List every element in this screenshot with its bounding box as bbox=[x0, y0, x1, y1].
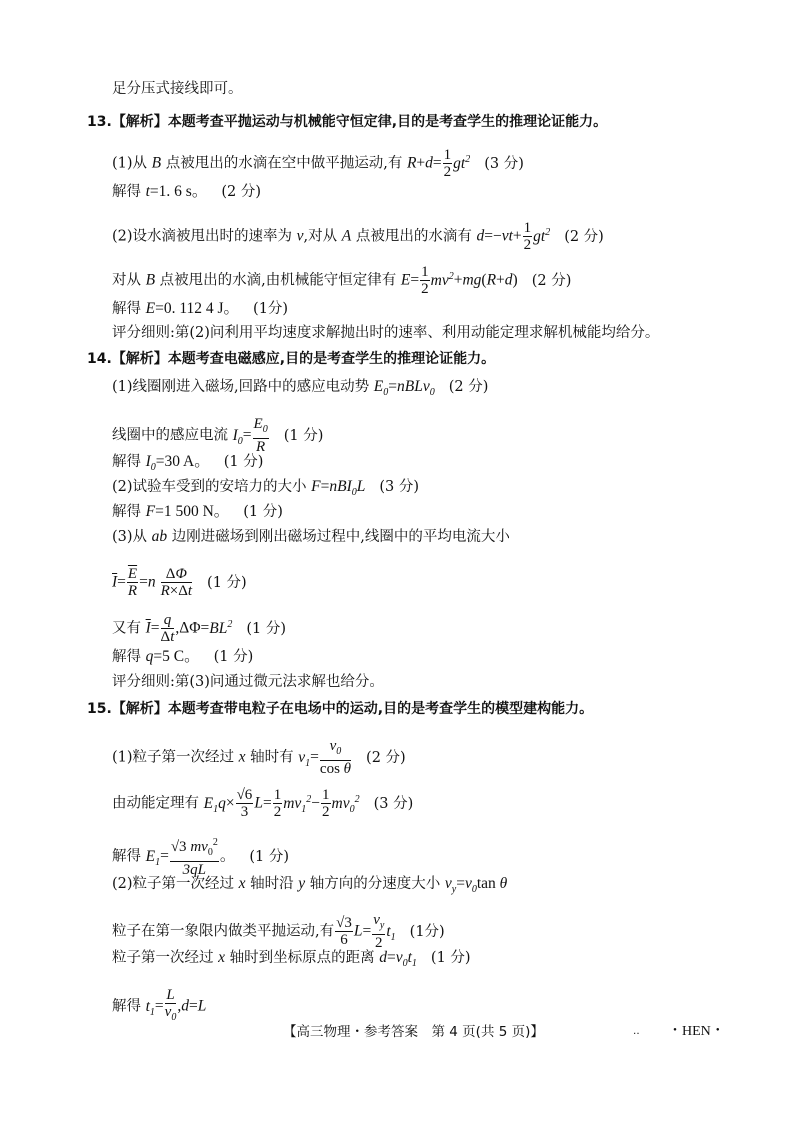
var: x bbox=[239, 875, 246, 892]
text: 评分细则:第(3)问通过微元法求解也给分。 bbox=[112, 674, 384, 690]
text: 线圈中的感应电流 bbox=[112, 428, 233, 444]
solution-line: 又有 I=qΔt,ΔΦ=BL2(1 分) bbox=[112, 612, 286, 645]
text: 足分压式接线即可。 bbox=[112, 81, 243, 97]
var: E bbox=[128, 566, 137, 582]
text: 点被甩出的水滴,由机械能守恒定律有 bbox=[155, 273, 401, 289]
op: × bbox=[226, 795, 235, 812]
fraction: ER bbox=[127, 566, 138, 599]
denominator: R×Δt bbox=[161, 583, 192, 599]
op: = bbox=[456, 875, 465, 892]
punct: 。 bbox=[220, 848, 236, 865]
var: I0 bbox=[233, 427, 243, 444]
text: 对从 bbox=[112, 273, 146, 289]
points: (2 分) bbox=[449, 379, 489, 395]
fraction: vy2 bbox=[372, 912, 385, 951]
fraction: 12 bbox=[523, 220, 533, 253]
fraction: ΔΦR×Δt bbox=[161, 566, 192, 599]
op: = bbox=[160, 848, 169, 865]
numerator: E0 bbox=[253, 416, 269, 439]
formula: R bbox=[407, 155, 416, 172]
var: F bbox=[146, 503, 155, 520]
text: 解得 bbox=[112, 301, 146, 317]
solution-line: (2)试验车受到的安培力的大小 F=nBI0L(3 分) bbox=[112, 477, 419, 503]
var: I0 bbox=[146, 453, 156, 470]
solution-line: 由动能定理有 E1q×√63L=12mv12−12mv02(3 分) bbox=[112, 787, 413, 820]
value: =0. 112 4 J。 bbox=[155, 300, 239, 317]
footer-code: ・HEN・ bbox=[668, 1020, 725, 1040]
var: d bbox=[425, 155, 433, 172]
points: (2 分) bbox=[532, 273, 572, 289]
points: (3 分) bbox=[374, 796, 414, 812]
solution-line: I=ER=nΔΦR×Δt(1 分) bbox=[112, 566, 247, 599]
denominator: 2 bbox=[443, 164, 453, 180]
solution-line: 解得 t=1. 6 s。(2 分) bbox=[112, 182, 261, 202]
fraction: 12 bbox=[273, 787, 283, 820]
var: v bbox=[297, 228, 304, 245]
points: (3 分) bbox=[379, 479, 419, 495]
heading-text: 本题考查带电粒子在电场中的运动,目的是考查学生的模型建构能力。 bbox=[168, 701, 593, 717]
text: ,对从 bbox=[304, 229, 342, 245]
numerator: L bbox=[165, 987, 177, 1004]
question-14-heading: 14.【解析】本题考查电磁感应,目的是考查学生的推理论证能力。 bbox=[87, 349, 495, 369]
op: = bbox=[243, 427, 252, 444]
fraction: √36 bbox=[335, 915, 353, 948]
op: = bbox=[139, 574, 148, 591]
var: v0 bbox=[465, 875, 477, 892]
points: (1 分) bbox=[249, 849, 289, 865]
var: x bbox=[239, 749, 246, 766]
points: (1 分) bbox=[246, 621, 286, 637]
fraction: 12 bbox=[420, 264, 430, 297]
solution-line: 解得 I0=30 A。(1 分) bbox=[112, 452, 263, 478]
denominator: cos θ bbox=[320, 761, 351, 777]
text: 点被甩出的水滴在空中做平抛运动,有 bbox=[161, 156, 407, 172]
numerator: 1 bbox=[273, 787, 283, 804]
var: BL2 bbox=[209, 620, 232, 637]
fraction: v0cos θ bbox=[320, 738, 351, 777]
solution-line: 解得 E=0. 112 4 J。(1分) bbox=[112, 299, 288, 319]
denominator: 2 bbox=[321, 804, 331, 820]
solution-line: 解得 E1=√3 mv023qL。(1 分) bbox=[112, 835, 289, 878]
op: = bbox=[388, 378, 397, 395]
text: (3)从 bbox=[112, 529, 152, 545]
text: (2)设水滴被甩出时的速率为 bbox=[112, 229, 297, 245]
op: ,ΔΦ= bbox=[175, 620, 209, 637]
text: 又有 bbox=[112, 621, 146, 637]
fraction: Lv0 bbox=[165, 987, 177, 1026]
text: 轴时有 bbox=[246, 750, 299, 766]
op: − bbox=[311, 795, 320, 812]
fraction: √63 bbox=[236, 787, 254, 820]
fraction: 12 bbox=[443, 147, 453, 180]
var: E1 bbox=[146, 848, 160, 865]
solution-line: (1)粒子第一次经过 x 轴时有 v1=v0cos θ(2 分) bbox=[112, 738, 406, 777]
var: B bbox=[152, 155, 161, 172]
analysis-tag: 【解析】 bbox=[112, 701, 168, 717]
text: 点被甩出的水滴有 bbox=[351, 229, 476, 245]
value: =30 A。 bbox=[156, 453, 210, 470]
op: + bbox=[496, 272, 505, 289]
points: (1分) bbox=[253, 301, 288, 317]
text: 轴方向的分速度大小 bbox=[305, 876, 445, 892]
op: =− bbox=[484, 228, 501, 245]
points: (1 分) bbox=[431, 950, 471, 966]
var: R bbox=[487, 272, 496, 289]
text: 粒子在第一象限内做类平抛运动,有 bbox=[112, 924, 334, 940]
var: mv2 bbox=[431, 272, 454, 289]
numerator: v0 bbox=[320, 738, 351, 761]
op: = bbox=[117, 574, 126, 591]
op: = bbox=[189, 998, 198, 1015]
var: B bbox=[146, 272, 155, 289]
fraction: 12 bbox=[321, 787, 331, 820]
var: L bbox=[198, 998, 207, 1015]
denominator: 3 bbox=[236, 804, 254, 820]
points: (2 分) bbox=[366, 750, 406, 766]
solution-line: (2)设水滴被甩出时的速率为 v,对从 A 点被甩出的水滴有 d=−vt+12g… bbox=[112, 220, 604, 253]
text-line: 足分压式接线即可。 bbox=[112, 79, 243, 99]
solution-line: 对从 B 点被甩出的水滴,由机械能守恒定律有 E=12mv2+mg(R+d)(2… bbox=[112, 264, 571, 297]
fraction: qΔt bbox=[161, 612, 175, 645]
numerator: q bbox=[161, 612, 175, 629]
analysis-tag: 【解析】 bbox=[112, 114, 168, 130]
numerator: 1 bbox=[420, 264, 430, 281]
denominator: 2 bbox=[420, 281, 430, 297]
op: + bbox=[513, 228, 522, 245]
denominator: 6 bbox=[335, 932, 353, 948]
numerator: 1 bbox=[523, 220, 533, 237]
var: vy bbox=[445, 875, 456, 892]
op: = bbox=[387, 949, 396, 966]
solution-line: 解得 F=1 500 N。(1 分) bbox=[112, 502, 283, 522]
var: d bbox=[181, 998, 189, 1015]
var: gt2 bbox=[453, 155, 470, 172]
text: 轴时到坐标原点的距离 bbox=[225, 950, 379, 966]
text: 由动能定理有 bbox=[112, 796, 204, 812]
points: (2 分) bbox=[221, 184, 261, 200]
var: F bbox=[311, 478, 320, 495]
heading-text: 本题考查平抛运动与机械能守恒定律,目的是考查学生的推理论证能力。 bbox=[168, 114, 607, 130]
analysis-tag: 【解析】 bbox=[112, 351, 168, 367]
text: (1)从 bbox=[112, 156, 152, 172]
var: vt bbox=[502, 228, 513, 245]
numerator: ΔΦ bbox=[161, 566, 192, 583]
text: (1)线圈刚进入磁场,回路中的感应电动势 bbox=[112, 379, 374, 395]
numerator: vy bbox=[372, 912, 385, 935]
points: (1分) bbox=[410, 924, 445, 940]
question-number: 14. bbox=[87, 351, 112, 367]
text: 解得 bbox=[112, 504, 146, 520]
value: =5 C。 bbox=[153, 648, 199, 665]
numerator: √3 bbox=[335, 915, 353, 932]
text: 粒子第一次经过 bbox=[112, 950, 218, 966]
var: x bbox=[218, 949, 225, 966]
points: (1 分) bbox=[207, 575, 247, 591]
op: = bbox=[310, 749, 319, 766]
var: t1 bbox=[386, 923, 395, 940]
var: v1 bbox=[298, 749, 310, 766]
solution-line: 解得 q=5 C。(1 分) bbox=[112, 647, 253, 667]
solution-line: (3)从 ab 边刚进磁场到刚出磁场过程中,线圈中的平均电流大小 bbox=[112, 527, 510, 547]
text: 解得 bbox=[112, 849, 146, 865]
text: 解得 bbox=[112, 454, 146, 470]
var: mg bbox=[462, 272, 481, 289]
numerator: √6 bbox=[236, 787, 254, 804]
points: (1 分) bbox=[284, 428, 324, 444]
op: = bbox=[155, 998, 164, 1015]
var: v0t1 bbox=[396, 949, 417, 966]
question-number: 13. bbox=[87, 114, 112, 130]
var: E0 bbox=[374, 378, 388, 395]
question-number: 15. bbox=[87, 701, 112, 717]
denominator: v0 bbox=[165, 1004, 177, 1026]
numerator: √3 mv02 bbox=[170, 835, 219, 862]
solution-line: (2)粒子第一次经过 x 轴时沿 y 轴方向的分速度大小 vy=v0tan θ bbox=[112, 874, 507, 900]
var: E bbox=[146, 300, 155, 317]
text: (2)试验车受到的安培力的大小 bbox=[112, 479, 311, 495]
var: mv12 bbox=[283, 795, 311, 812]
var: gt2 bbox=[533, 228, 550, 245]
text: 评分细则:第(2)问利用平均速度求解抛出时的速率、利用动能定理求解机械能均给分。 bbox=[112, 325, 659, 341]
value: =1 500 N。 bbox=[155, 503, 229, 520]
heading-text: 本题考查电磁感应,目的是考查学生的推理论证能力。 bbox=[168, 351, 495, 367]
numerator: E bbox=[127, 566, 138, 583]
footer-mark: ‥ bbox=[633, 1026, 640, 1037]
op: tan bbox=[477, 875, 500, 892]
text: (1)粒子第一次经过 bbox=[112, 750, 239, 766]
var: d bbox=[505, 272, 513, 289]
points: (2 分) bbox=[564, 229, 604, 245]
text: 轴时沿 bbox=[246, 876, 299, 892]
op: = bbox=[362, 923, 371, 940]
op: = bbox=[263, 795, 272, 812]
op: = bbox=[433, 155, 442, 172]
grading-note: 评分细则:第(2)问利用平均速度求解抛出时的速率、利用动能定理求解机械能均给分。 bbox=[112, 323, 659, 343]
fraction: √3 mv023qL bbox=[170, 835, 219, 878]
var: mv02 bbox=[332, 795, 360, 812]
op: ) bbox=[513, 272, 518, 289]
var: nBI0L bbox=[329, 478, 365, 495]
numerator: 1 bbox=[321, 787, 331, 804]
var: t1 bbox=[146, 998, 155, 1015]
solution-line: 粒子在第一象限内做类平抛运动,有√36L=vy2t1(1分) bbox=[112, 912, 445, 951]
points: (1 分) bbox=[243, 504, 283, 520]
op: + bbox=[416, 155, 425, 172]
value: =1. 6 s。 bbox=[150, 183, 207, 200]
solution-line: (1)线圈刚进入磁场,回路中的感应电动势 E0=nBLv0(2 分) bbox=[112, 377, 488, 403]
denominator: 2 bbox=[523, 237, 533, 253]
question-15-heading: 15.【解析】本题考查带电粒子在电场中的运动,目的是考查学生的模型建构能力。 bbox=[87, 699, 593, 719]
points: (1 分) bbox=[214, 649, 254, 665]
var: E1q bbox=[204, 795, 226, 812]
var: L bbox=[254, 795, 263, 812]
op: = bbox=[410, 272, 419, 289]
solution-line: 线圈中的感应电流 I0=E0R(1 分) bbox=[112, 416, 323, 455]
text: 解得 bbox=[112, 184, 146, 200]
var: n bbox=[148, 574, 156, 591]
denominator: Δt bbox=[161, 629, 175, 645]
denominator: R bbox=[127, 583, 138, 599]
page-footer-title: 【高三物理・参考答案 第 4 页(共 5 页)】 bbox=[283, 1020, 544, 1040]
op: = bbox=[151, 620, 160, 637]
var: A bbox=[342, 228, 351, 245]
text: 解得 bbox=[112, 649, 146, 665]
var: ab bbox=[152, 528, 168, 545]
solution-line: (1)从 B 点被甩出的水滴在空中做平抛运动,有 R+d=12gt2(3 分) bbox=[112, 147, 524, 180]
numerator: 1 bbox=[443, 147, 453, 164]
grading-note: 评分细则:第(3)问通过微元法求解也给分。 bbox=[112, 672, 384, 692]
var: nBLv0 bbox=[397, 378, 435, 395]
text: 解得 bbox=[112, 999, 146, 1015]
fraction: E0R bbox=[253, 416, 269, 455]
text: (2)粒子第一次经过 bbox=[112, 876, 239, 892]
var: E bbox=[401, 272, 410, 289]
solution-line: 解得 t1=Lv0,d=L bbox=[112, 987, 206, 1026]
points: (3 分) bbox=[484, 156, 524, 172]
var: d bbox=[379, 949, 387, 966]
text: 边刚进磁场到刚出磁场过程中,线圈中的平均电流大小 bbox=[167, 529, 510, 545]
points: (1 分) bbox=[224, 454, 264, 470]
denominator: 2 bbox=[273, 804, 283, 820]
solution-line: 粒子第一次经过 x 轴时到坐标原点的距离 d=v0t1(1 分) bbox=[112, 948, 471, 974]
question-13-heading: 13.【解析】本题考查平抛运动与机械能守恒定律,目的是考查学生的推理论证能力。 bbox=[87, 112, 607, 132]
var: θ bbox=[500, 875, 508, 892]
